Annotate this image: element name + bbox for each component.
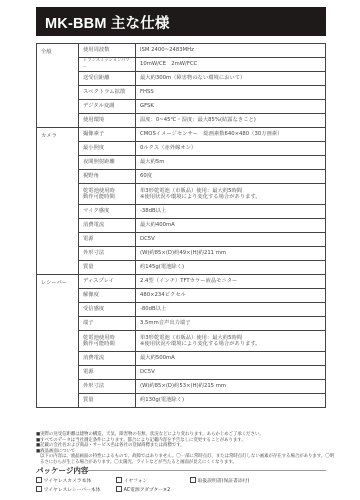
spec-value: 2.4型（インチ）TFTカラー液晶モニター bbox=[136, 275, 326, 289]
package-item: 取扱説明書(保証書添付) bbox=[190, 477, 249, 486]
spec-value: 0ルクス（赤外線オン） bbox=[136, 142, 326, 156]
checkbox-icon bbox=[36, 486, 42, 492]
spec-value: FHSS bbox=[136, 86, 326, 100]
spec-value-note: ※使用状況や環境により変化する場合があります。 bbox=[140, 194, 321, 201]
spec-value: 約130g(電池除く) bbox=[136, 394, 326, 408]
table-row: スペクトラム拡散 FHSS bbox=[37, 86, 326, 100]
checkbox-icon bbox=[190, 477, 196, 483]
table-row: 電源 DC5V bbox=[37, 233, 326, 247]
spec-label: 乾電池使用時 動作可能時間 bbox=[79, 184, 136, 205]
spec-value-note: ※使用状況や環境により変化する場合があります。 bbox=[140, 341, 321, 348]
table-row: 外形寸法 (W)約85×(D)約53×(H)約215 mm bbox=[37, 380, 326, 394]
table-row: 解像度 480×234ピクセル bbox=[37, 289, 326, 303]
spec-label: マイク感度 bbox=[79, 205, 136, 219]
spec-label: 使用環境 bbox=[79, 114, 136, 128]
table-row: 視野角 60度 bbox=[37, 170, 326, 184]
spec-value: (W)約85×(D)約53×(H)約215 mm bbox=[136, 380, 326, 394]
spec-label: 外形寸法 bbox=[79, 247, 136, 261]
package-title: パッケージ内容 bbox=[36, 465, 88, 476]
table-row: 消費電流 最大約400mA bbox=[37, 219, 326, 233]
table-row: 外形寸法 (W)約85×(D)約49×(H)約211 mm bbox=[37, 247, 326, 261]
package-item-label: ワイヤレスカメラ本体 bbox=[44, 479, 92, 484]
table-row: 電源 DC5V bbox=[37, 366, 326, 380]
package-item-label: ワイヤレスレシーバー本体 bbox=[44, 488, 101, 493]
spec-label: 受信感度 bbox=[79, 303, 136, 317]
spec-value: DC5V bbox=[136, 366, 326, 380]
table-row: マイク感度 -38dB以上 bbox=[37, 205, 326, 219]
spec-label: 質量 bbox=[79, 394, 136, 408]
table-row: 質量 約130g(電池除く) bbox=[37, 394, 326, 408]
table-row: 乾電池使用時 動作可能時間 単3形乾電池（市販品）使用：最大約5時間 ※使用状況… bbox=[37, 184, 326, 205]
package-item-label: AC電源アダプター×2 bbox=[124, 488, 171, 493]
spec-label: デジタル変調 bbox=[79, 100, 136, 114]
package-item: AC電源アダプター×2 bbox=[116, 486, 170, 495]
spec-value: 3.5mm音声出力端子 bbox=[136, 317, 326, 331]
table-row: 受信感度 -80dB以上 bbox=[37, 303, 326, 317]
table-row: 送受信距離 最大約300m（障害物のない環境において） bbox=[37, 72, 326, 86]
spec-label: 送受信距離 bbox=[79, 72, 136, 86]
category-receiver: レシーバー bbox=[37, 275, 79, 408]
category-general: 全般 bbox=[37, 44, 79, 128]
spec-table: 全般 使用周波数 ISM 2400~2483MHz トランスミッションパワー 1… bbox=[36, 43, 326, 408]
table-row: レシーバー ディスプレイ 2.4型（インチ）TFTカラー液晶モニター bbox=[37, 275, 326, 289]
spec-value: 最大約5m bbox=[136, 156, 326, 170]
spec-value: (W)約85×(D)約49×(H)約211 mm bbox=[136, 247, 326, 261]
spec-value: -80dB以上 bbox=[136, 303, 326, 317]
spec-value: 最大約400mA bbox=[136, 219, 326, 233]
table-row: 夜間照射距離 最大約5m bbox=[37, 156, 326, 170]
spec-value: 10mW/CE 2mW/FCC bbox=[136, 58, 326, 72]
package-item: ワイヤレスカメラ本体 bbox=[36, 477, 91, 486]
checkbox-icon bbox=[116, 486, 122, 492]
table-row: 消費電流 最大約500mA bbox=[37, 352, 326, 366]
spec-value: ISM 2400~2483MHz bbox=[136, 44, 326, 58]
spec-label: 夜間照射距離 bbox=[79, 156, 136, 170]
spec-label: 電源 bbox=[79, 233, 136, 247]
table-row: デジタル変調 GFSK bbox=[37, 100, 326, 114]
checkbox-icon bbox=[36, 477, 42, 483]
table-row: 最小照度 0ルクス（赤外線オン） bbox=[37, 142, 326, 156]
spec-label-line: 動作可能時間 bbox=[83, 194, 131, 201]
checkbox-icon bbox=[116, 477, 122, 483]
spec-value: 最大約300m（障害物のない環境において） bbox=[136, 72, 326, 86]
table-row: 全般 使用周波数 ISM 2400~2483MHz bbox=[37, 44, 326, 58]
spec-label: ディスプレイ bbox=[79, 275, 136, 289]
table-row: カメラ 撮像素子 CMOSイメージセンサー 総画素数640×480（30万画素） bbox=[37, 128, 326, 142]
table-row: 端子 3.5mm音声出力端子 bbox=[37, 317, 326, 331]
spec-value: GFSK bbox=[136, 100, 326, 114]
spec-value: 480×234ピクセル bbox=[136, 289, 326, 303]
package-item-label: 取扱説明書(保証書添付) bbox=[198, 479, 250, 484]
category-camera: カメラ bbox=[37, 128, 79, 275]
spec-label: 解像度 bbox=[79, 289, 136, 303]
spec-label: 乾電池使用時 動作可能時間 bbox=[79, 331, 136, 352]
page-title: MK-BBM 主な仕様 bbox=[45, 12, 170, 33]
table-row: トランスミッションパワー 10mW/CE 2mW/FCC bbox=[37, 58, 326, 72]
spec-label: 端子 bbox=[79, 317, 136, 331]
package-item: イヤフォン bbox=[116, 477, 147, 486]
spec-value: 単3形乾電池（市販品）使用：最大約5時間 ※使用状況や環境により変化する場合があ… bbox=[136, 331, 326, 352]
spec-label: 外形寸法 bbox=[79, 380, 136, 394]
spec-value: 60度 bbox=[136, 170, 326, 184]
notes-section: ■実際の送受信距離は建物の構造、天気、障害物の有無、状況などにより変わります。あ… bbox=[36, 432, 336, 466]
spec-label: 消費電流 bbox=[79, 352, 136, 366]
spec-value: 約145g(電池除く) bbox=[136, 261, 326, 275]
table-row: 質量 約145g(電池除く) bbox=[37, 261, 326, 275]
spec-label: スペクトラム拡散 bbox=[79, 86, 136, 100]
spec-label: トランスミッションパワー bbox=[79, 58, 136, 72]
spec-label: 質量 bbox=[79, 261, 136, 275]
spec-label: 最小照度 bbox=[79, 142, 136, 156]
package-divider bbox=[88, 470, 326, 471]
spec-value: 単3形乾電池（市販品）使用：最大約5時間 ※使用状況や環境により変化する場合があ… bbox=[136, 184, 326, 205]
note-lcd-detail: 以下の内容は、液晶画面の特性によるもので、故障ではありません。〇一部に常時点灯、… bbox=[36, 454, 336, 465]
spec-label: 使用周波数 bbox=[79, 44, 136, 58]
table-row: 使用環境 温度：0~45℃・湿度：最大85%(結露なきこと) bbox=[37, 114, 326, 128]
spec-value: DC5V bbox=[136, 233, 326, 247]
spec-value: 温度：0~45℃・湿度：最大85%(結露なきこと) bbox=[136, 114, 326, 128]
title-bar: MK-BBM 主な仕様 bbox=[36, 7, 326, 36]
spec-value: CMOSイメージセンサー 総画素数640×480（30万画素） bbox=[136, 128, 326, 142]
spec-label-line: 動作可能時間 bbox=[83, 341, 131, 348]
table-row: 乾電池使用時 動作可能時間 単3形乾電池（市販品）使用：最大約5時間 ※使用状況… bbox=[37, 331, 326, 352]
spec-value: 最大約500mA bbox=[136, 352, 326, 366]
spec-label: 電源 bbox=[79, 366, 136, 380]
package-item-label: イヤフォン bbox=[124, 479, 148, 484]
spec-label: 消費電流 bbox=[79, 219, 136, 233]
spec-value: -38dB以上 bbox=[136, 205, 326, 219]
package-item: ワイヤレスレシーバー本体 bbox=[36, 486, 100, 495]
spec-label: 撮像素子 bbox=[79, 128, 136, 142]
spec-label: 視野角 bbox=[79, 170, 136, 184]
